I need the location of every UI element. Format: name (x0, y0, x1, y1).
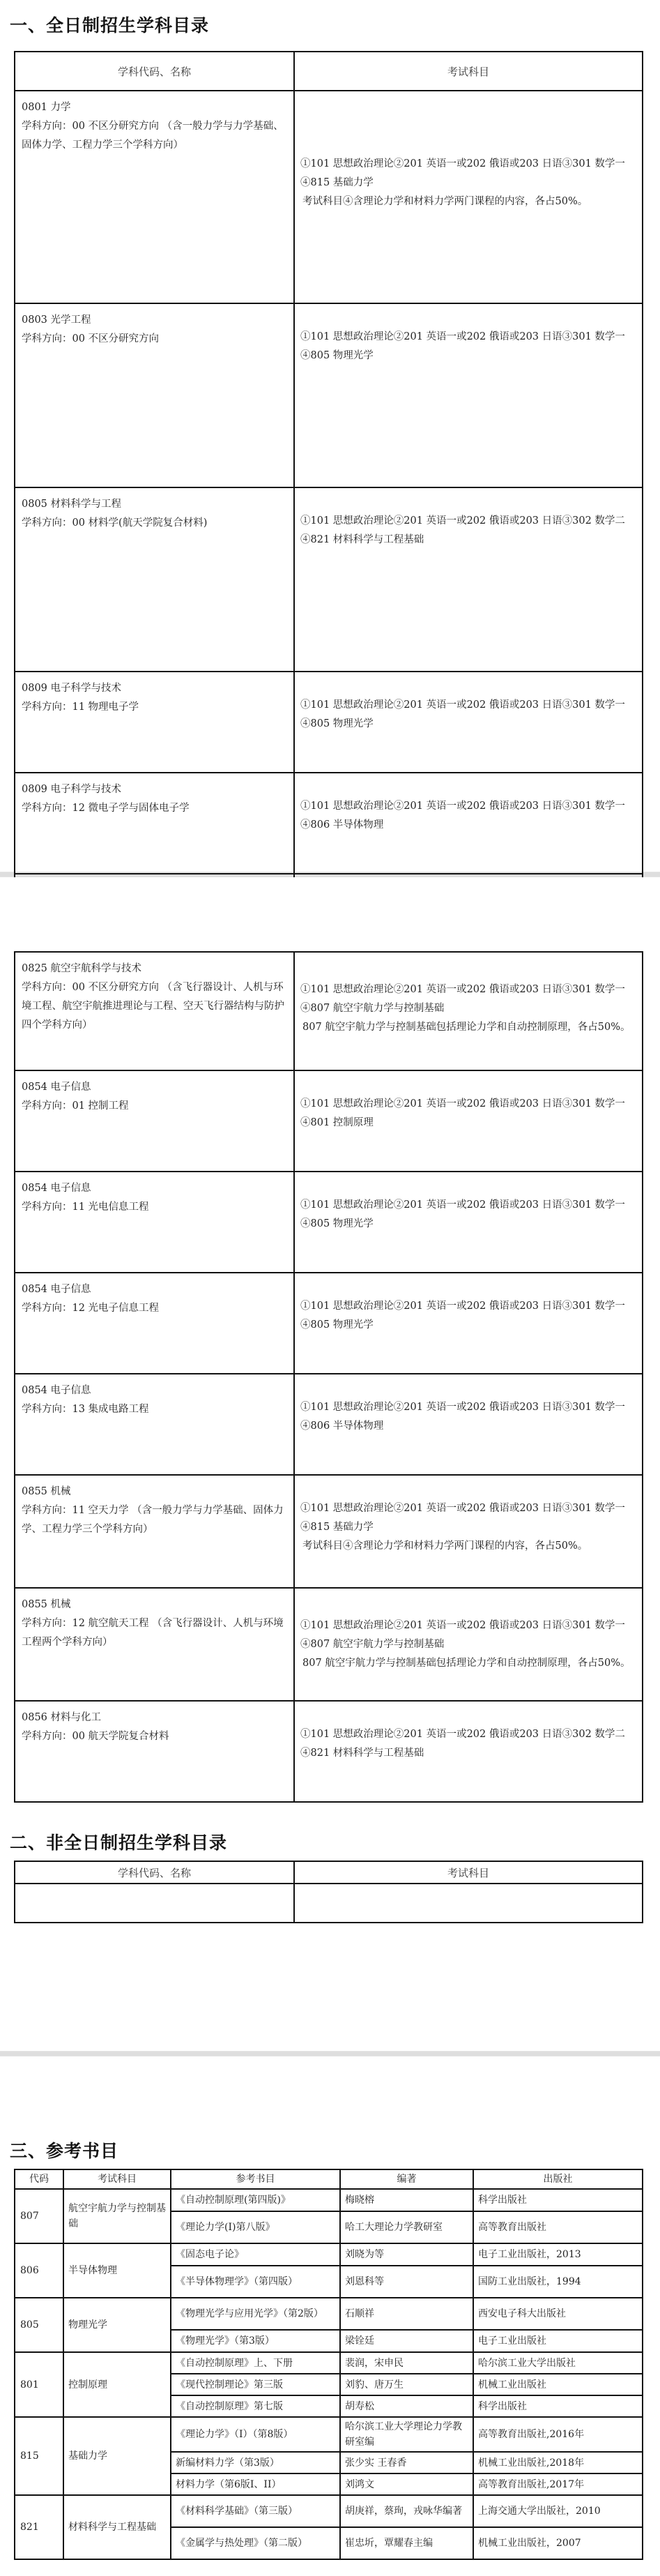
exam-subjects: ①101 思想政治理论②201 英语一或202 俄语或203 日语③301 数学… (300, 696, 638, 734)
exam-subjects: ①101 思想政治理论②201 英语一或202 俄语或203 日语③302 数学… (300, 512, 638, 550)
exam-note: 807 航空宇航力学与控制基础包括理论力学和自动控制原理，各占50%。 (300, 1018, 638, 1037)
table-header-row: 学科代码、名称 考试科目 (15, 1861, 643, 1884)
table-header-row: 学科代码、名称 考试科目 (15, 52, 643, 91)
fulltime-catalog-table: 学科代码、名称 考试科目 0801 力学 学科方向：00 不区分研究方向 （含一… (14, 51, 643, 1003)
parttime-catalog-table: 学科代码、名称 考试科目 (14, 1861, 643, 1923)
subject-direction: 学科方向：13 集成电路工程 (22, 1400, 288, 1419)
section-title-fulltime: 一、全日制招生学科目录 (0, 13, 660, 39)
header-publisher: 出版社 (473, 2169, 643, 2189)
book-author: 石顺祥 (340, 2298, 473, 2330)
book-title: 《半导体物理学》（第四版） (171, 2266, 340, 2298)
book-publisher: 上海交通大学出版社，2010 (473, 2495, 643, 2527)
book-title: 《材料科学基础》（第三版） (171, 2495, 340, 2527)
exam-subjects: ①101 思想政治理论②201 英语一或202 俄语或203 日语③301 数学… (300, 1398, 638, 1436)
page-2: 0825 航空宇航科学与技术 学科方向：00 不区分研究方向 （含飞行器设计、人… (0, 877, 660, 2051)
exam-subjects: ①101 思想政治理论②201 英语一或202 俄语或203 日语③301 数学… (300, 1196, 638, 1234)
exam-subject: 航空宇航力学与控制基础 (63, 2189, 171, 2243)
header-book: 参考书目 (171, 2169, 340, 2189)
book-title: 《物理光学》（第3版） (171, 2330, 340, 2352)
section-title-parttime: 二、非全日制招生学科目录 (0, 1829, 660, 1857)
table-row: 0803 光学工程 学科方向：00 不区分研究方向 ①101 思想政治理论②20… (15, 303, 643, 487)
exam-subject: 半导体物理 (63, 2243, 171, 2298)
subject-direction: 学科方向：11 空天力学 （含一般力学与力学基础、固体力学、工程力学三个学科方向… (22, 1501, 288, 1539)
book-title: 《金属学与热处理》（第二版） (171, 2527, 340, 2559)
book-author: 刘恩科等 (340, 2266, 473, 2298)
book-title: 《理论力学》（I）（第8版） (171, 2417, 340, 2452)
table-row: 0854 电子信息 学科方向：11 光电信息工程 ①101 思想政治理论②201… (15, 1172, 643, 1273)
subject-direction: 学科方向：11 光电信息工程 (22, 1198, 288, 1217)
subject-direction: 学科方向：00 航天学院复合材料 (22, 1727, 288, 1746)
book-publisher: 高等教育出版社,2017年 (473, 2473, 643, 2495)
table-row: 815 基础力学 《理论力学》（I）（第8版） 哈尔滨工业大学理论力学教研室编 … (15, 2417, 643, 2452)
subject-code-name: 0854 电子信息 (22, 1078, 288, 1097)
book-author: 胡寿松 (340, 2395, 473, 2417)
exam-subjects: ①101 思想政治理论②201 英语一或202 俄语或203 日语③302 数学… (300, 1725, 638, 1763)
table-row: 0805 材料科学与工程 学科方向：00 材料学(航天学院复合材料) ①101 … (15, 487, 643, 672)
book-author: 哈工大理论力学教研室 (340, 2211, 473, 2243)
exam-subjects: ①101 思想政治理论②201 英语一或202 俄语或203 日语③301 数学… (300, 1499, 638, 1537)
book-author: 张少实 王春香 (340, 2452, 473, 2473)
book-publisher: 机械工业出版社,2018年 (473, 2452, 643, 2473)
fulltime-catalog-table-continued: 0825 航空宇航科学与技术 学科方向：00 不区分研究方向 （含飞行器设计、人… (14, 951, 643, 1803)
book-publisher: 国防工业出版社，1994 (473, 2266, 643, 2298)
exam-subject: 材料科学与工程基础 (63, 2495, 171, 2559)
book-publisher: 机械工业出版社，2007 (473, 2527, 643, 2559)
table-row: 0856 材料与化工 学科方向：00 航天学院复合材料 ①101 思想政治理论②… (15, 1701, 643, 1802)
exam-subject: 物理光学 (63, 2298, 171, 2352)
book-title: 《自动控制原理(第四版)》 (171, 2189, 340, 2211)
subject-direction: 学科方向：01 控制工程 (22, 1097, 288, 1116)
table-row: 0855 机械 学科方向：11 空天力学 （含一般力学与力学基础、固体力学、工程… (15, 1475, 643, 1588)
exam-subjects: ①101 思想政治理论②201 英语一或202 俄语或203 日语③301 数学… (300, 328, 638, 365)
book-publisher: 电子工业出版社 (473, 2330, 643, 2352)
table-row: 0825 航空宇航科学与技术 学科方向：00 不区分研究方向 （含飞行器设计、人… (15, 952, 643, 1070)
book-publisher: 电子工业出版社，2013 (473, 2243, 643, 2266)
empty-exam-cell (294, 1884, 643, 1923)
subject-code-name: 0825 航空宇航科学与技术 (22, 960, 288, 978)
exam-note: 考试科目④含理论力学和材料力学两门课程的内容，各占50%。 (300, 1537, 638, 1556)
exam-subject: 基础力学 (63, 2417, 171, 2495)
exam-subjects: ①101 思想政治理论②201 英语一或202 俄语或203 日语③301 数学… (300, 1616, 638, 1654)
exam-note: 考试科目④含理论力学和材料力学两门课程的内容，各占50%。 (300, 192, 638, 211)
subject-code-name: 0801 力学 (22, 98, 288, 117)
exam-code: 806 (15, 2243, 63, 2298)
subject-code-name: 0803 光学工程 (22, 311, 288, 330)
subject-code-name: 0809 电子科学与技术 (22, 780, 288, 799)
book-title: 《固态电子论》 (171, 2243, 340, 2266)
table-row: 0854 电子信息 学科方向：13 集成电路工程 ①101 思想政治理论②201… (15, 1374, 643, 1475)
book-title: 《自动控制原理》第七版 (171, 2395, 340, 2417)
subject-code-name: 0805 材料科学与工程 (22, 495, 288, 514)
header-subject: 考试科目 (63, 2169, 171, 2189)
book-author: 刘晓为等 (340, 2243, 473, 2266)
section-title-reference-books: 三、参考书目 (0, 2138, 660, 2165)
book-publisher: 哈尔滨工业大学出版社 (473, 2352, 643, 2374)
exam-subjects: ①101 思想政治理论②201 英语一或202 俄语或203 日语③301 数学… (300, 1297, 638, 1335)
subject-code-name: 0854 电子信息 (22, 1179, 288, 1198)
exam-subjects: ①101 思想政治理论②201 英语一或202 俄语或203 日语③301 数学… (300, 797, 638, 835)
book-publisher: 西安电子科大出版社 (473, 2298, 643, 2330)
book-author: 梅晓榕 (340, 2189, 473, 2211)
table-row: 805 物理光学 《物理光学与应用光学》（第2版） 石顺祥 西安电子科大出版社 (15, 2298, 643, 2330)
table-row: 0855 机械 学科方向：12 航空航天工程 （含飞行器设计、人机与环境工程两个… (15, 1588, 643, 1701)
empty-row (15, 1884, 643, 1923)
exam-subjects: ①101 思想政治理论②201 英语一或202 俄语或203 日语③301 数学… (300, 980, 638, 1018)
header-exam: 考试科目 (294, 52, 643, 91)
exam-subjects: ①101 思想政治理论②201 英语一或202 俄语或203 日语③301 数学… (300, 1095, 638, 1132)
table-row: 801 控制原理 《自动控制原理》上、下册 裴润，宋申民 哈尔滨工业大学出版社 (15, 2352, 643, 2374)
subject-direction: 学科方向：00 不区分研究方向 （含一般力学与力学基础、固体力学、工程力学三个学… (22, 117, 288, 155)
subject-direction: 学科方向：00 材料学(航天学院复合材料) (22, 514, 288, 533)
table-header-row: 代码 考试科目 参考书目 编著 出版社 (15, 2169, 643, 2189)
book-title: 《现代控制理论》第三版 (171, 2374, 340, 2395)
book-author: 刘豹、唐万生 (340, 2374, 473, 2395)
exam-note: 807 航空宇航力学与控制基础包括理论力学和自动控制原理，各占50%。 (300, 1654, 638, 1673)
book-author: 胡庚祥，蔡珣，戎咏华编著 (340, 2495, 473, 2527)
page-break (0, 2051, 660, 2056)
subject-direction: 学科方向：00 不区分研究方向 （含飞行器设计、人机与环境工程、航空宇航推进理论… (22, 978, 288, 1035)
book-author: 哈尔滨工业大学理论力学教研室编 (340, 2417, 473, 2452)
subject-code-name: 0855 机械 (22, 1596, 288, 1614)
book-publisher: 高等教育出版社 (473, 2211, 643, 2243)
book-author: 裴润，宋申民 (340, 2352, 473, 2374)
book-publisher: 高等教育出版社,2016年 (473, 2417, 643, 2452)
table-row: 807 航空宇航力学与控制基础 《自动控制原理(第四版)》 梅晓榕 科学出版社 (15, 2189, 643, 2211)
book-title: 材料力学（第6版I、II） (171, 2473, 340, 2495)
exam-code: 821 (15, 2495, 63, 2559)
book-author: 刘鸿文 (340, 2473, 473, 2495)
table-row: 0809 电子科学与技术 学科方向：11 物理电子学 ①101 思想政治理论②2… (15, 672, 643, 773)
book-title: 《理论力学(Ⅰ)第八版》 (171, 2211, 340, 2243)
subject-direction: 学科方向：12 光电子信息工程 (22, 1299, 288, 1318)
reference-books-table: 代码 考试科目 参考书目 编著 出版社 807 航空宇航力学与控制基础 《自动控… (14, 2169, 643, 2560)
book-author: 崔忠圻，覃耀春主编 (340, 2527, 473, 2559)
header-exam: 考试科目 (294, 1861, 643, 1884)
empty-subject-cell (15, 1884, 294, 1923)
subject-direction: 学科方向：11 物理电子学 (22, 698, 288, 717)
exam-code: 807 (15, 2189, 63, 2243)
exam-subject: 控制原理 (63, 2352, 171, 2417)
header-subject: 学科代码、名称 (15, 52, 294, 91)
table-row: 806 半导体物理 《固态电子论》 刘晓为等 电子工业出版社，2013 (15, 2243, 643, 2266)
page-3: 三、参考书目 代码 考试科目 参考书目 编著 出版社 807 航空宇航力学与控制… (0, 2056, 660, 2576)
book-publisher: 机械工业出版社 (473, 2374, 643, 2395)
exam-code: 815 (15, 2417, 63, 2495)
subject-direction: 学科方向：12 航空航天工程 （含飞行器设计、人机与环境工程两个学科方向） (22, 1614, 288, 1652)
exam-code: 801 (15, 2352, 63, 2417)
header-code: 代码 (15, 2169, 63, 2189)
table-row: 0854 电子信息 学科方向：12 光电子信息工程 ①101 思想政治理论②20… (15, 1273, 643, 1374)
exam-subjects: ①101 思想政治理论②201 英语一或202 俄语或203 日语③301 数学… (300, 155, 638, 192)
book-author: 梁铨廷 (340, 2330, 473, 2352)
table-row: 0809 电子科学与技术 学科方向：12 微电子学与固体电子学 ①101 思想政… (15, 773, 643, 874)
subject-code-name: 0855 机械 (22, 1483, 288, 1501)
book-title: 新编材料力学（第3版） (171, 2452, 340, 2473)
header-author: 编著 (340, 2169, 473, 2189)
table-row: 821 材料科学与工程基础 《材料科学基础》（第三版） 胡庚祥，蔡珣，戎咏华编著… (15, 2495, 643, 2527)
header-subject: 学科代码、名称 (15, 1861, 294, 1884)
subject-code-name: 0856 材料与化工 (22, 1709, 288, 1727)
book-title: 《物理光学与应用光学》（第2版） (171, 2298, 340, 2330)
book-publisher: 科学出版社 (473, 2395, 643, 2417)
subject-direction: 学科方向：12 微电子学与固体电子学 (22, 799, 288, 818)
subject-code-name: 0854 电子信息 (22, 1381, 288, 1400)
table-row: 0801 力学 学科方向：00 不区分研究方向 （含一般力学与力学基础、固体力学… (15, 91, 643, 303)
subject-code-name: 0854 电子信息 (22, 1280, 288, 1299)
book-publisher: 科学出版社 (473, 2189, 643, 2211)
book-title: 《自动控制原理》上、下册 (171, 2352, 340, 2374)
subject-direction: 学科方向：00 不区分研究方向 (22, 330, 288, 349)
exam-code: 805 (15, 2298, 63, 2352)
page-1: 一、全日制招生学科目录 学科代码、名称 考试科目 0801 力学 学科方向：00… (0, 0, 660, 872)
subject-code-name: 0809 电子科学与技术 (22, 679, 288, 698)
table-row: 0854 电子信息 学科方向：01 控制工程 ①101 思想政治理论②201 英… (15, 1070, 643, 1172)
